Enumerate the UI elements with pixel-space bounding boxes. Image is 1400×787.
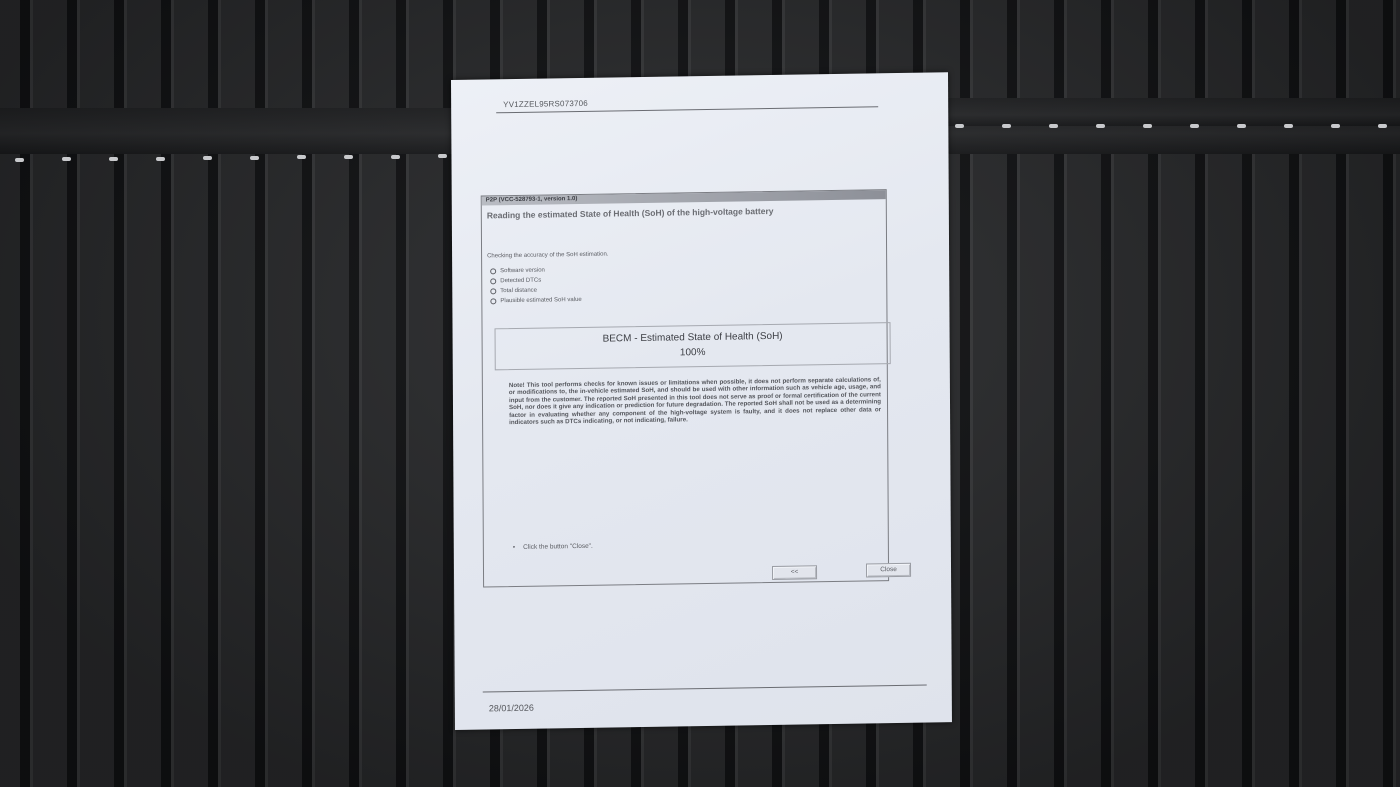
print-date: 28/01/2026 bbox=[489, 703, 534, 714]
check-list: Software version Detected DTCs Total dis… bbox=[490, 265, 582, 306]
check-label: Detected DTCs bbox=[500, 278, 541, 285]
soh-result-label: BECM - Estimated State of Health (SoH) bbox=[496, 329, 890, 346]
check-label: Total distance bbox=[500, 288, 537, 295]
mat-nub bbox=[1284, 124, 1293, 128]
mat-nub bbox=[203, 156, 212, 160]
vehicle-id-header: YV1ZZEL95RS073706 bbox=[503, 99, 588, 109]
check-label: Software version bbox=[500, 268, 545, 275]
check-label: Plausible estimated SoH value bbox=[500, 297, 581, 304]
back-button: << bbox=[772, 565, 817, 580]
mat-nub bbox=[250, 156, 259, 160]
instruction-text: Click the button "Close". bbox=[513, 543, 593, 551]
mat-nub bbox=[1002, 124, 1011, 128]
mat-nub bbox=[1049, 124, 1058, 128]
check-item: Plausible estimated SoH value bbox=[490, 295, 581, 306]
mat-nub bbox=[1096, 124, 1105, 128]
mat-nub bbox=[438, 154, 447, 158]
mat-nub bbox=[955, 124, 964, 128]
mat-nub bbox=[344, 155, 353, 159]
dialog-heading: Reading the estimated State of Health (S… bbox=[487, 204, 886, 220]
soh-dialog-printout: P2P (VCC-528793-1, version 1.0) Reading … bbox=[481, 189, 889, 587]
mat-nub bbox=[156, 157, 165, 161]
disclaimer-note: Note! This tool performs checks for know… bbox=[509, 376, 881, 426]
mat-nub bbox=[1331, 124, 1340, 128]
check-circle-icon bbox=[490, 288, 496, 294]
mat-nub bbox=[1378, 124, 1387, 128]
mat-nub bbox=[391, 155, 400, 159]
soh-result-value: 100% bbox=[496, 344, 890, 361]
printed-report-sheet: YV1ZZEL95RS073706 P2P (VCC-528793-1, ver… bbox=[451, 72, 952, 730]
mat-nub bbox=[1190, 124, 1199, 128]
mat-nub bbox=[62, 157, 71, 161]
mat-nub bbox=[297, 155, 306, 159]
mat-nub bbox=[15, 158, 24, 162]
soh-result-box: BECM - Estimated State of Health (SoH) 1… bbox=[495, 322, 891, 370]
check-circle-icon bbox=[490, 268, 496, 274]
mat-nub bbox=[1237, 124, 1246, 128]
mat-nub bbox=[109, 157, 118, 161]
check-circle-icon bbox=[490, 298, 496, 304]
footer-divider bbox=[483, 685, 927, 693]
mat-nub bbox=[1143, 124, 1152, 128]
check-circle-icon bbox=[490, 278, 496, 284]
dialog-title-bar: P2P (VCC-528793-1, version 1.0) bbox=[482, 190, 886, 205]
close-button: Close bbox=[866, 563, 911, 578]
check-intro-text: Checking the accuracy of the SoH estimat… bbox=[487, 252, 608, 260]
